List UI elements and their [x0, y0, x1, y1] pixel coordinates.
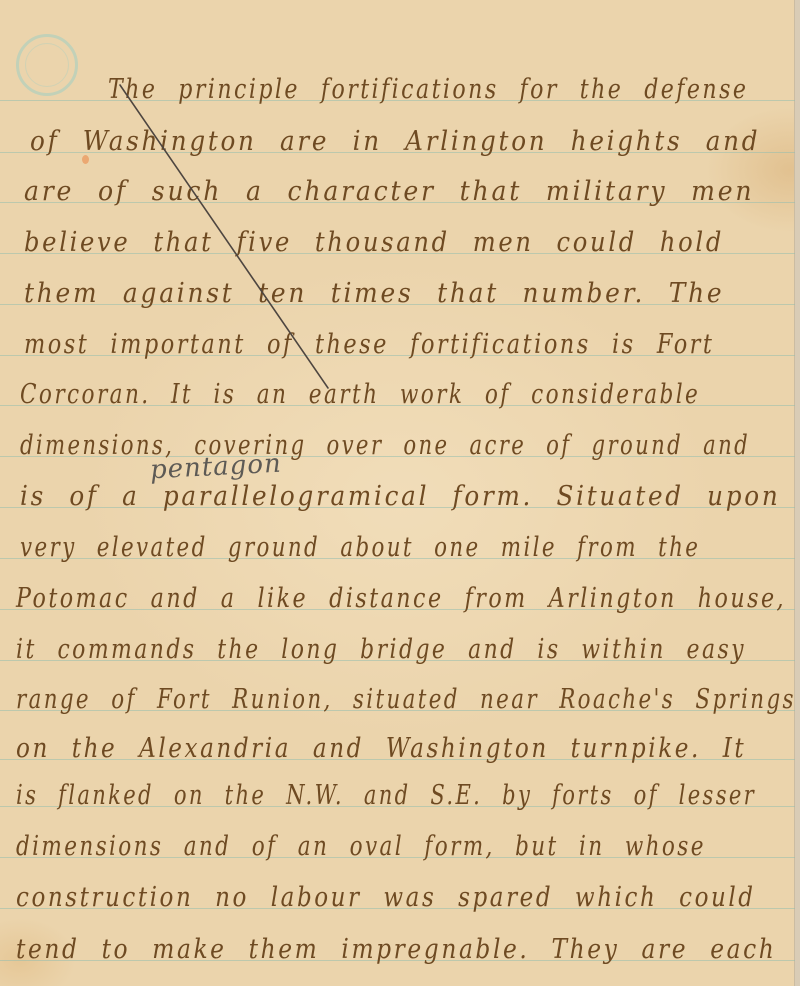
manuscript-line-6: most important of these fortifications i… [24, 331, 714, 358]
manuscript-line-8: dimensions, covering over one acre of gr… [20, 432, 750, 459]
manuscript-line-12: it commands the long bridge and is withi… [16, 636, 746, 663]
manuscript-page: The principle fortifications for the def… [0, 0, 800, 986]
manuscript-line-3: are of such a character that military me… [24, 178, 754, 205]
manuscript-line-11: Potomac and a like distance from Arlingt… [16, 585, 786, 612]
page-edge [794, 0, 800, 986]
faded-stamp [16, 34, 78, 96]
manuscript-line-17: construction no labour was spared which … [16, 884, 756, 911]
manuscript-line-16: dimensions and of an oval form, but in w… [16, 833, 706, 860]
manuscript-line-10: very elevated ground about one mile from… [20, 534, 700, 561]
manuscript-line-14: on the Alexandria and Washington turnpik… [16, 735, 746, 762]
manuscript-line-5: them against ten times that number. The [24, 280, 724, 307]
manuscript-line-18: tend to make them impregnable. They are … [16, 936, 776, 963]
manuscript-line-15: is flanked on the N.W. and S.E. by forts… [16, 782, 756, 809]
manuscript-line-9: is of a parallelogramical form. Situated… [20, 483, 780, 510]
manuscript-line-7: Corcoran. It is an earth work of conside… [20, 381, 700, 408]
manuscript-line-13: range of Fort Runion, situated near Roac… [16, 686, 796, 713]
manuscript-line-1: The principle fortifications for the def… [108, 76, 748, 103]
pencil-annotation-pentagon: pentagon [149, 449, 282, 486]
manuscript-line-2: of Washington are in Arlington heights a… [30, 128, 760, 155]
stamp-inner-ring [25, 43, 69, 87]
manuscript-line-4: believe that five thousand men could hol… [24, 229, 724, 256]
